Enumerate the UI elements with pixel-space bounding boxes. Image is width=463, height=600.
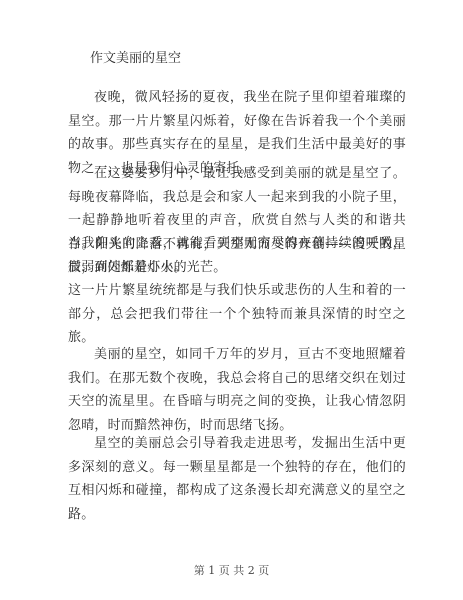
paragraph-5: 美丽的星空，如同千万年的岁月，亘古不变地照耀着我们。在那无数个夜晚，我总会将自己… bbox=[68, 343, 406, 437]
paragraph-6: 星空的美丽总会引导着我走进思考，发掘出生活中更多深刻的意义。每一颗星星都是一个独… bbox=[68, 432, 406, 526]
document-page: 作文美丽的星空 夜晚，微风轻扬的夏夜，我坐在院子里仰望着璀璨的星空。那一片片繁星… bbox=[0, 0, 463, 600]
document-title: 作文美丽的星空 bbox=[90, 47, 181, 66]
paragraph-3: 当我仰头向上看，就能看到那无穷尽的夜幕持续的呼吸，微弱而闪烁着小小的光芒。 bbox=[68, 232, 406, 279]
page-indicator: 第 1 页 共 2 页 bbox=[0, 562, 463, 578]
paragraph-4: 这一片片繁星统统都是与我们快乐或悲伤的人生和着的一部分，总会把我们带往一个个独特… bbox=[68, 279, 406, 350]
